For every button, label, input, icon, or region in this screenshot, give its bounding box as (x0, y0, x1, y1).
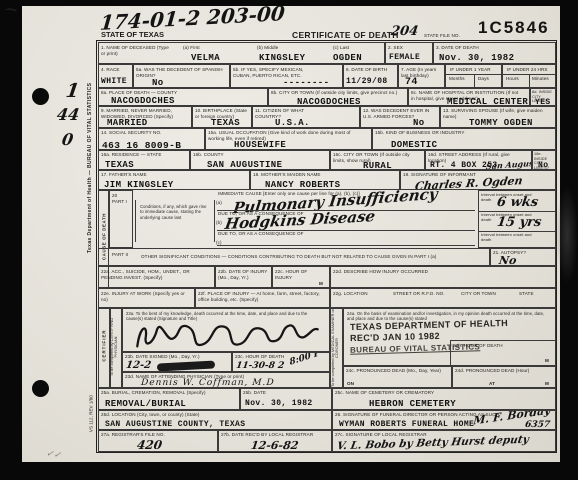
part2-label: PART II (112, 252, 134, 258)
field-injury-at-work: 22e. INJURY AT WORK (Specify yes or no) (98, 288, 195, 308)
disposition-type-label: 25a. BURIAL, CREMATION, REMOVAL (Specify… (101, 390, 206, 396)
field-date-signed: 23b. DATE SIGNED (Mo., Day, Yr.) 12-2 (122, 352, 232, 372)
place-of-death-city-label: 8b. CITY OR TOWN (If outside city limits… (271, 90, 401, 96)
injury-city-label: CITY OR TOWN (461, 291, 496, 297)
field-injury-date: 22b. DATE OF INJURY (Mo., Day, Yr.) (215, 266, 272, 288)
birthplace-value: TEXAS (211, 119, 240, 128)
cause-lines-area: IMMEDIATE CAUSE [Enter only one cause pe… (215, 190, 478, 248)
field-registrar-date-received: 27b. DATE REC'D BY LOCAL REGISTRAR 12-6-… (218, 430, 332, 452)
field-injury-hour: 22c. HOUR OF INJURY M (272, 266, 330, 288)
under-1-year-label: IF UNDER 1 YEAR (450, 67, 491, 73)
industry-value: DOMESTIC (391, 141, 437, 150)
field-disposition-type: 25a. BURIAL, CREMATION, REMOVAL (Specify… (98, 388, 240, 410)
cemetery-value: HEBRON CEMETERY (369, 400, 456, 409)
vertical-agency-text: Texas Department of Health — BUREAU OF V… (88, 53, 94, 283)
due-to-label-2: DUE TO, OR AS A CONSEQUENCE OF (218, 231, 304, 237)
field-race: 4. RACE WHITE (98, 64, 133, 88)
medical-examiner-vertical-label: To be completed by MEDICAL EXAMINER or C… (331, 308, 343, 388)
injury-type-label: 22a. ACC., SUICIDE, HOM., UNDET., OR PEN… (101, 269, 209, 280)
vertical-form-code: VS 112. REV 1/80 (88, 374, 93, 454)
registrar-file-no-value: 420 (136, 438, 163, 452)
cause-rule-c (217, 245, 475, 246)
pronounced-dead-hour-label: 24d. PRONOUNCED DEAD (Hour) (455, 368, 551, 374)
field-pronounced-dead-hour: 24d. PRONOUNCED DEAD (Hour) AT M (452, 366, 556, 388)
field-registrar-file-no: 27a. REGISTRAR'S FILE NO. 420 (98, 430, 218, 452)
spanish-specify-label: 5b. IF YES, SPECIFY MEXICAN, CUBAN, PUER… (233, 67, 313, 78)
place-of-death-city-value: NACOGDOCHES (297, 98, 361, 106)
residence-county-label: 16b. COUNTY (193, 152, 224, 158)
field-informant-signature: 19. SIGNATURE OF INFORMANT Charles R. Og… (400, 170, 556, 190)
field-if-under-24-hrs: IF UNDER 24 HRS Hours Minutes (502, 64, 556, 88)
registrar-date-received-label: 27b. DATE REC'D BY LOCAL REGISTRAR (221, 432, 313, 438)
attending-physician-value: Dennis W. Coffman, M.D (141, 378, 275, 388)
margin-scribble-bottom: ✓✓ (45, 449, 61, 461)
state-file-number: 1C5846 (478, 18, 550, 38)
place-of-death-county-label: 8a. PLACE OF DEATH — COUNTY (101, 90, 177, 96)
injury-place-label: 22f. PLACE OF INJURY — At home, farm, st… (198, 291, 324, 302)
last-name-value: OGDEN (333, 54, 362, 63)
registrar-file-no-label: 27a. REGISTRAR'S FILE NO. (101, 432, 165, 438)
field-place-of-death-county: 8a. PLACE OF DEATH — COUNTY NACOGDOCHES (98, 88, 268, 106)
under-24-hrs-label: IF UNDER 24 HRS (507, 67, 548, 73)
state-file-no-label: STATE FILE NO. (424, 33, 460, 39)
disposition-location-label: 25d. LOCATION (City, town, or county) (S… (101, 412, 200, 418)
surviving-spouse-value: TOMMY OGDEN (469, 119, 533, 128)
field-citizen-of: 11. CITIZEN OF WHAT COUNTRY? U.S.A. (252, 106, 360, 128)
hour-of-death-hand-value: 11-30-8 2 (235, 361, 285, 371)
injury-state-label: STATE (519, 291, 534, 297)
certifying-physician-vertical-label: To be completed by CERTIFYING PHYSICIAN (110, 307, 122, 387)
citizen-value: U.S.A. (275, 119, 310, 128)
funeral-home-number: 6357 (524, 420, 550, 430)
pronounced-at-label: AT (489, 381, 495, 387)
race-value: WHITE (101, 78, 127, 86)
field-usual-occupation: 15a. USUAL OCCUPATION (Give kind of work… (205, 128, 372, 150)
months-label: Months (449, 76, 465, 82)
injury-at-work-label: 22e. INJURY AT WORK (Specify yes or no) (101, 291, 189, 302)
interval-b-value: 15 yrs (496, 215, 542, 230)
field-date-of-birth: 6. DATE OF BIRTH 11/29/08 (343, 64, 398, 88)
middle-name-label: (b) Middle (257, 45, 278, 51)
field-inside-city-limits-death: 8d. INSIDE CITY LIMITS? YES (530, 88, 556, 106)
disposition-date-label: 25b. DATE (243, 390, 266, 396)
marital-status-value: MARRIED (107, 119, 148, 128)
field-surviving-spouse: 13. SURVIVING SPOUSE (If wife, give maid… (440, 106, 556, 128)
registrar-date-received-value: 12-6-82 (250, 439, 299, 452)
field-spanish-specify: 5b. IF YES, SPECIFY MEXICAN, CUBAN, PUER… (230, 64, 343, 88)
field-injury-place: 22f. PLACE OF INJURY — At home, farm, st… (195, 288, 330, 308)
field-funeral-director: 26. SIGNATURE OF FUNERAL DIRECTOR OR PER… (332, 410, 556, 430)
injury-how-label: 22d. DESCRIBE HOW INJURY OCCURRED (333, 269, 428, 275)
date-signed-scribble (157, 360, 215, 371)
certifier-vertical-label: CERTIFIER (101, 306, 106, 386)
field-hospital: 8c. NAME OF HOSPITAL OR INSTITUTION (If … (408, 88, 530, 106)
injury-hour-label: 22c. HOUR OF INJURY (275, 269, 325, 280)
hour-of-death-label: 23c. HOUR OF DEATH (235, 354, 284, 360)
cemetery-label: 25c. NAME OF CEMETERY OR CREMATORY (335, 390, 434, 396)
field-if-under-1-year: IF UNDER 1 YEAR Months Days (445, 64, 502, 88)
pronounced-at-m: M (545, 381, 549, 387)
field-residence-street: 16d. STREET ADDRESS (If rural, give loca… (425, 150, 532, 170)
part2-text: OTHER SIGNIFICANT CONDITIONS — CONDITION… (141, 254, 486, 260)
field-social-security-no: 14. SOCIAL SECURITY NO. 463 16 8009-B (98, 128, 205, 150)
state-of-texas-label: STATE OF TEXAS (101, 30, 164, 39)
disposition-type-value: REMOVAL/BURIAL (105, 400, 186, 409)
field-injury-how: 22d. DESCRIBE HOW INJURY OCCURRED (330, 266, 556, 288)
industry-label: 15b. KIND OF BUSINESS OR INDUSTRY (375, 130, 465, 136)
date-signed-label: 23b. DATE SIGNED (Mo., Day, Yr.) (125, 354, 200, 360)
received-stamp-line2: REC'D JAN 10 1982 (350, 331, 440, 343)
field-injury-type: 22a. ACC., SUICIDE, HOM., UNDET., OR PEN… (98, 266, 215, 288)
certificate-title: CERTIFICATE OF DEATH (292, 30, 399, 40)
place-of-death-county-value: NACOGDOCHES (111, 97, 175, 106)
mother-maiden-name-label: 18. MOTHER'S MAIDEN NAME (253, 172, 321, 178)
occupation-value: HOUSEWIFE (234, 141, 286, 150)
cause-conditions-note-box: Conditions, if any, which gave rise to i… (135, 200, 215, 242)
field-pronounced-dead-date: 24c. PRONOUNCED DEAD (Mo., Day, Year) ON (343, 366, 452, 388)
hour-of-death-hand2-value: 8:00 P (289, 352, 321, 368)
handwritten-title-note: 204 (390, 24, 419, 39)
residence-state-label: 16a. RESIDENCE — STATE (101, 152, 162, 158)
mother-maiden-name-value: NANCY ROBERTS (265, 181, 340, 190)
injury-location-label: 22g. LOCATION (333, 291, 368, 297)
spanish-origin-value: No (152, 79, 164, 88)
race-label: 4. RACE (101, 67, 120, 73)
field-spanish-origin: 5a. WAS THE DECEDENT OF SPANISH ORIGIN? … (133, 64, 230, 88)
field-residence-inside-city: 16e. INSIDE CITY LIMITS? No (532, 150, 556, 170)
autopsy-value: No (498, 254, 517, 266)
father-name-value: JIM KINGSLEY (104, 181, 174, 190)
cause-part2-cell: PART II OTHER SIGNIFICANT CONDITIONS — C… (98, 248, 490, 266)
field-marital-status: 9. MARRIED, NEVER MARRIED, WIDOWED, DIVO… (98, 106, 192, 128)
field-name-of-deceased: 1. NAME OF DECEASED (Type or print) (a) … (98, 42, 385, 64)
date-of-birth-value: 11/29/08 (346, 78, 388, 86)
punch-hole-bottom (32, 380, 49, 397)
sex-label: 2. SEX (388, 45, 403, 51)
divider (474, 74, 475, 88)
sex-value: FEMALE (389, 54, 420, 62)
pronounced-dead-date-label: 24c. PRONOUNCED DEAD (Mo., Day, Year) (346, 368, 446, 374)
injury-street-label: STREET OR R.F.D. NO. (393, 291, 445, 297)
field-father-name: 17. FATHER'S NAME JIM KINGSLEY (98, 170, 250, 190)
part1-label: 20 PART I (112, 193, 130, 204)
hours-label: Hours (506, 76, 519, 82)
field-disposition-date: 25b. DATE Nov. 30, 1982 (240, 388, 332, 410)
spanish-specify-value: -------- (283, 79, 329, 88)
inside-city-limits-value: YES (535, 99, 551, 106)
field-disposition-location: 25d. LOCATION (City, town, or county) (S… (98, 410, 332, 430)
field-age: 7. AGE (In years last birthday) 74 (398, 64, 445, 88)
scanned-death-certificate: 1 44 0 ✓✓ Texas Department of Health — B… (0, 0, 578, 480)
field-registrar-signature: 27c. SIGNATURE OF LOCAL REGISTRAR V. L. … (332, 430, 556, 452)
field-certifier-statement: 23a. To the best of my knowledge, death … (122, 308, 330, 352)
ssn-value: 463 16 8009-B (102, 141, 181, 150)
field-hour-of-death-24b: 24b. HOUR OF DEATH M (450, 340, 556, 366)
injury-hour-m: M (319, 281, 323, 287)
interval-label-c: Interval between onset and death (481, 232, 541, 242)
injury-date-label: 22b. DATE OF INJURY (Mo., Day, Yr.) (218, 269, 268, 280)
disposition-date-value: Nov. 30, 1982 (245, 400, 313, 408)
physician-signature-scrawl (131, 318, 323, 352)
field-attending-physician: 23d. NAME OF ATTENDING PHYSICIAN (Type o… (122, 372, 330, 388)
margin-handwriting-2: 44 (56, 105, 81, 124)
residence-state-value: TEXAS (105, 161, 134, 170)
examiner-hour-m: M (545, 358, 549, 364)
scan-smudge (556, 185, 578, 285)
date-of-birth-label: 6. DATE OF BIRTH (346, 67, 387, 73)
armed-forces-value: No (413, 119, 425, 128)
field-sex: 2. SEX FEMALE (385, 42, 433, 64)
father-name-label: 17. FATHER'S NAME (101, 172, 147, 178)
middle-name-value: KINGSLEY (259, 54, 305, 63)
hospital-value: MEDICAL CENTER (447, 98, 528, 106)
residence-county-value: SAN AUGUSTINE (207, 161, 282, 170)
name-label: 1. NAME OF DECEASED (Type or print) (101, 45, 171, 56)
field-mother-maiden-name: 18. MOTHER'S MAIDEN NAME NANCY ROBERTS (250, 170, 400, 190)
residence-city-value: RURAL (363, 162, 392, 170)
divider (529, 74, 530, 88)
cause-part1-cell: 20 PART I (109, 190, 133, 248)
interval-a-value: 6 wks (496, 195, 539, 210)
date-of-death-label: 3. DATE OF DEATH (436, 45, 479, 51)
residence-inside-city-value: No (538, 162, 548, 170)
field-hour-of-death-23c: 23c. HOUR OF DEATH 11-30-8 2 8:00 P (232, 352, 330, 372)
line-a-prefix: (a) (216, 200, 222, 206)
first-name-value: VELMA (191, 54, 220, 63)
pen-mark-top-left (3, 7, 17, 19)
field-place-of-death-city: 8b. CITY OR TOWN (If outside city limits… (268, 88, 408, 106)
date-of-death-value: Nov. 30, 1982 (439, 54, 514, 63)
days-label: Days (478, 76, 489, 82)
pronounced-on-label: ON (347, 381, 354, 387)
field-autopsy: 21. AUTOPSY? No (490, 248, 556, 266)
field-cemetery: 25c. NAME OF CEMETERY OR CREMATORY HEBRO… (332, 388, 556, 410)
line-b-prefix: (b) (216, 220, 222, 226)
occupation-label: 15a. USUAL OCCUPATION (Give kind of work… (208, 130, 366, 141)
field-residence-city: 16c. CITY OR TOWN (If outside city limit… (330, 150, 425, 170)
cause-conditions-note: Conditions, if any, which gave rise to i… (140, 204, 208, 220)
field-kind-of-business: 15b. KIND OF BUSINESS OR INDUSTRY DOMEST… (372, 128, 556, 150)
field-birthplace: 10. BIRTHPLACE (State or foreign country… (192, 106, 252, 128)
field-residence-state: 16a. RESIDENCE — STATE TEXAS (98, 150, 190, 170)
minutes-label: Minutes (532, 76, 549, 82)
punch-hole-top (32, 88, 49, 105)
field-armed-forces: 12. WAS DECEDENT EVER IN U.S. ARMED FORC… (360, 106, 440, 128)
funeral-home-value: WYMAN ROBERTS FUNERAL HOME (339, 421, 474, 429)
last-name-label: (c) Last (333, 45, 349, 51)
field-injury-location: 22g. LOCATION STREET OR R.F.D. NO. CITY … (330, 288, 556, 308)
disposition-location-value: SAN AUGUSTINE COUNTY, TEXAS (105, 421, 245, 429)
field-date-of-death: 3. DATE OF DEATH Nov. 30, 1982 (433, 42, 556, 64)
cause-interval-column: Interval between onset and death 6 wks I… (478, 190, 556, 248)
examiner-hour-label: 24b. HOUR OF DEATH (453, 343, 503, 349)
age-value: 74 (405, 78, 418, 88)
ssn-label: 14. SOCIAL SECURITY NO. (101, 130, 162, 136)
date-signed-value: 12-2 (125, 360, 152, 371)
first-name-label: (a) First (183, 45, 200, 51)
field-residence-county: 16b. COUNTY SAN AUGUSTINE (190, 150, 330, 170)
spanish-origin-label: 5a. WAS THE DECEDENT OF SPANISH ORIGIN? (136, 67, 224, 78)
